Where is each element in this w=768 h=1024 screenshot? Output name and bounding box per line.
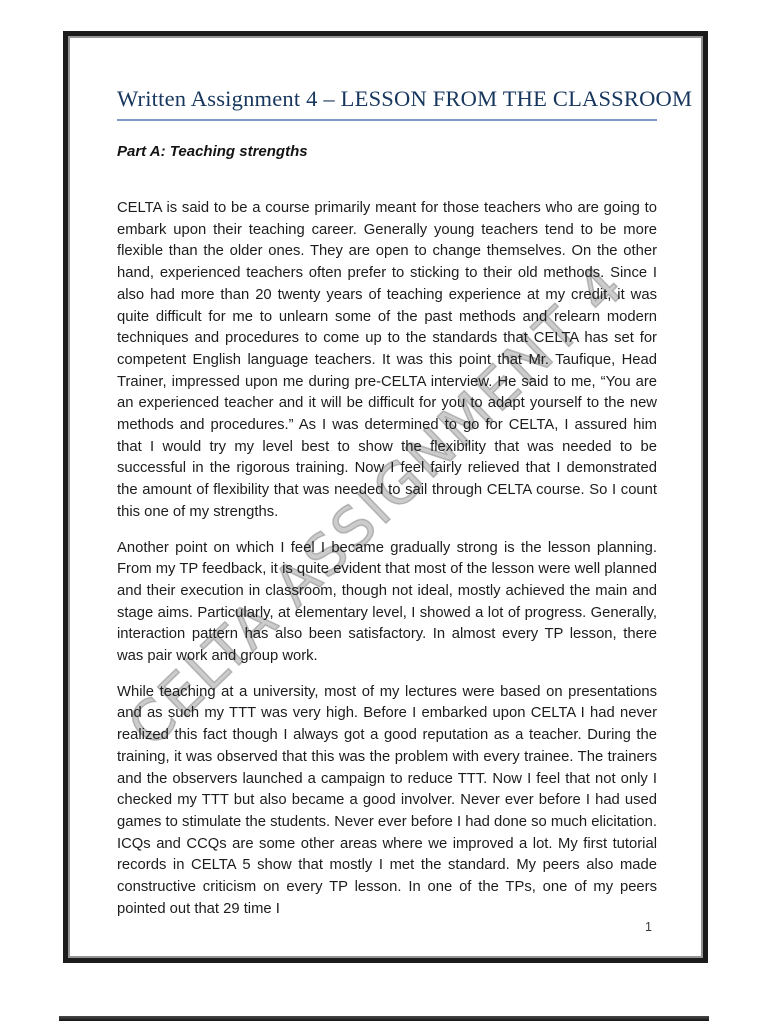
document-viewer: CELTA ASSIGNMENT 4 Written Assignment 4 … (0, 0, 768, 1024)
page-content: Written Assignment 4 – LESSON FROM THE C… (117, 86, 657, 935)
paragraph-lesson-planning: Another point on which I feel I became g… (117, 538, 657, 668)
section-heading: Part A: Teaching strengths (117, 143, 657, 160)
next-page-top-edge (59, 1016, 709, 1021)
document-title: Written Assignment 4 – LESSON FROM THE C… (117, 86, 657, 121)
paragraph-ttt: While teaching at a university, most of … (117, 682, 657, 921)
page-number: 1 (645, 920, 652, 934)
paragraph-teaching-strengths-intro: CELTA is said to be a course primarily m… (117, 198, 657, 524)
document-page: CELTA ASSIGNMENT 4 Written Assignment 4 … (63, 31, 708, 963)
body-text: CELTA is said to be a course primarily m… (117, 198, 657, 921)
